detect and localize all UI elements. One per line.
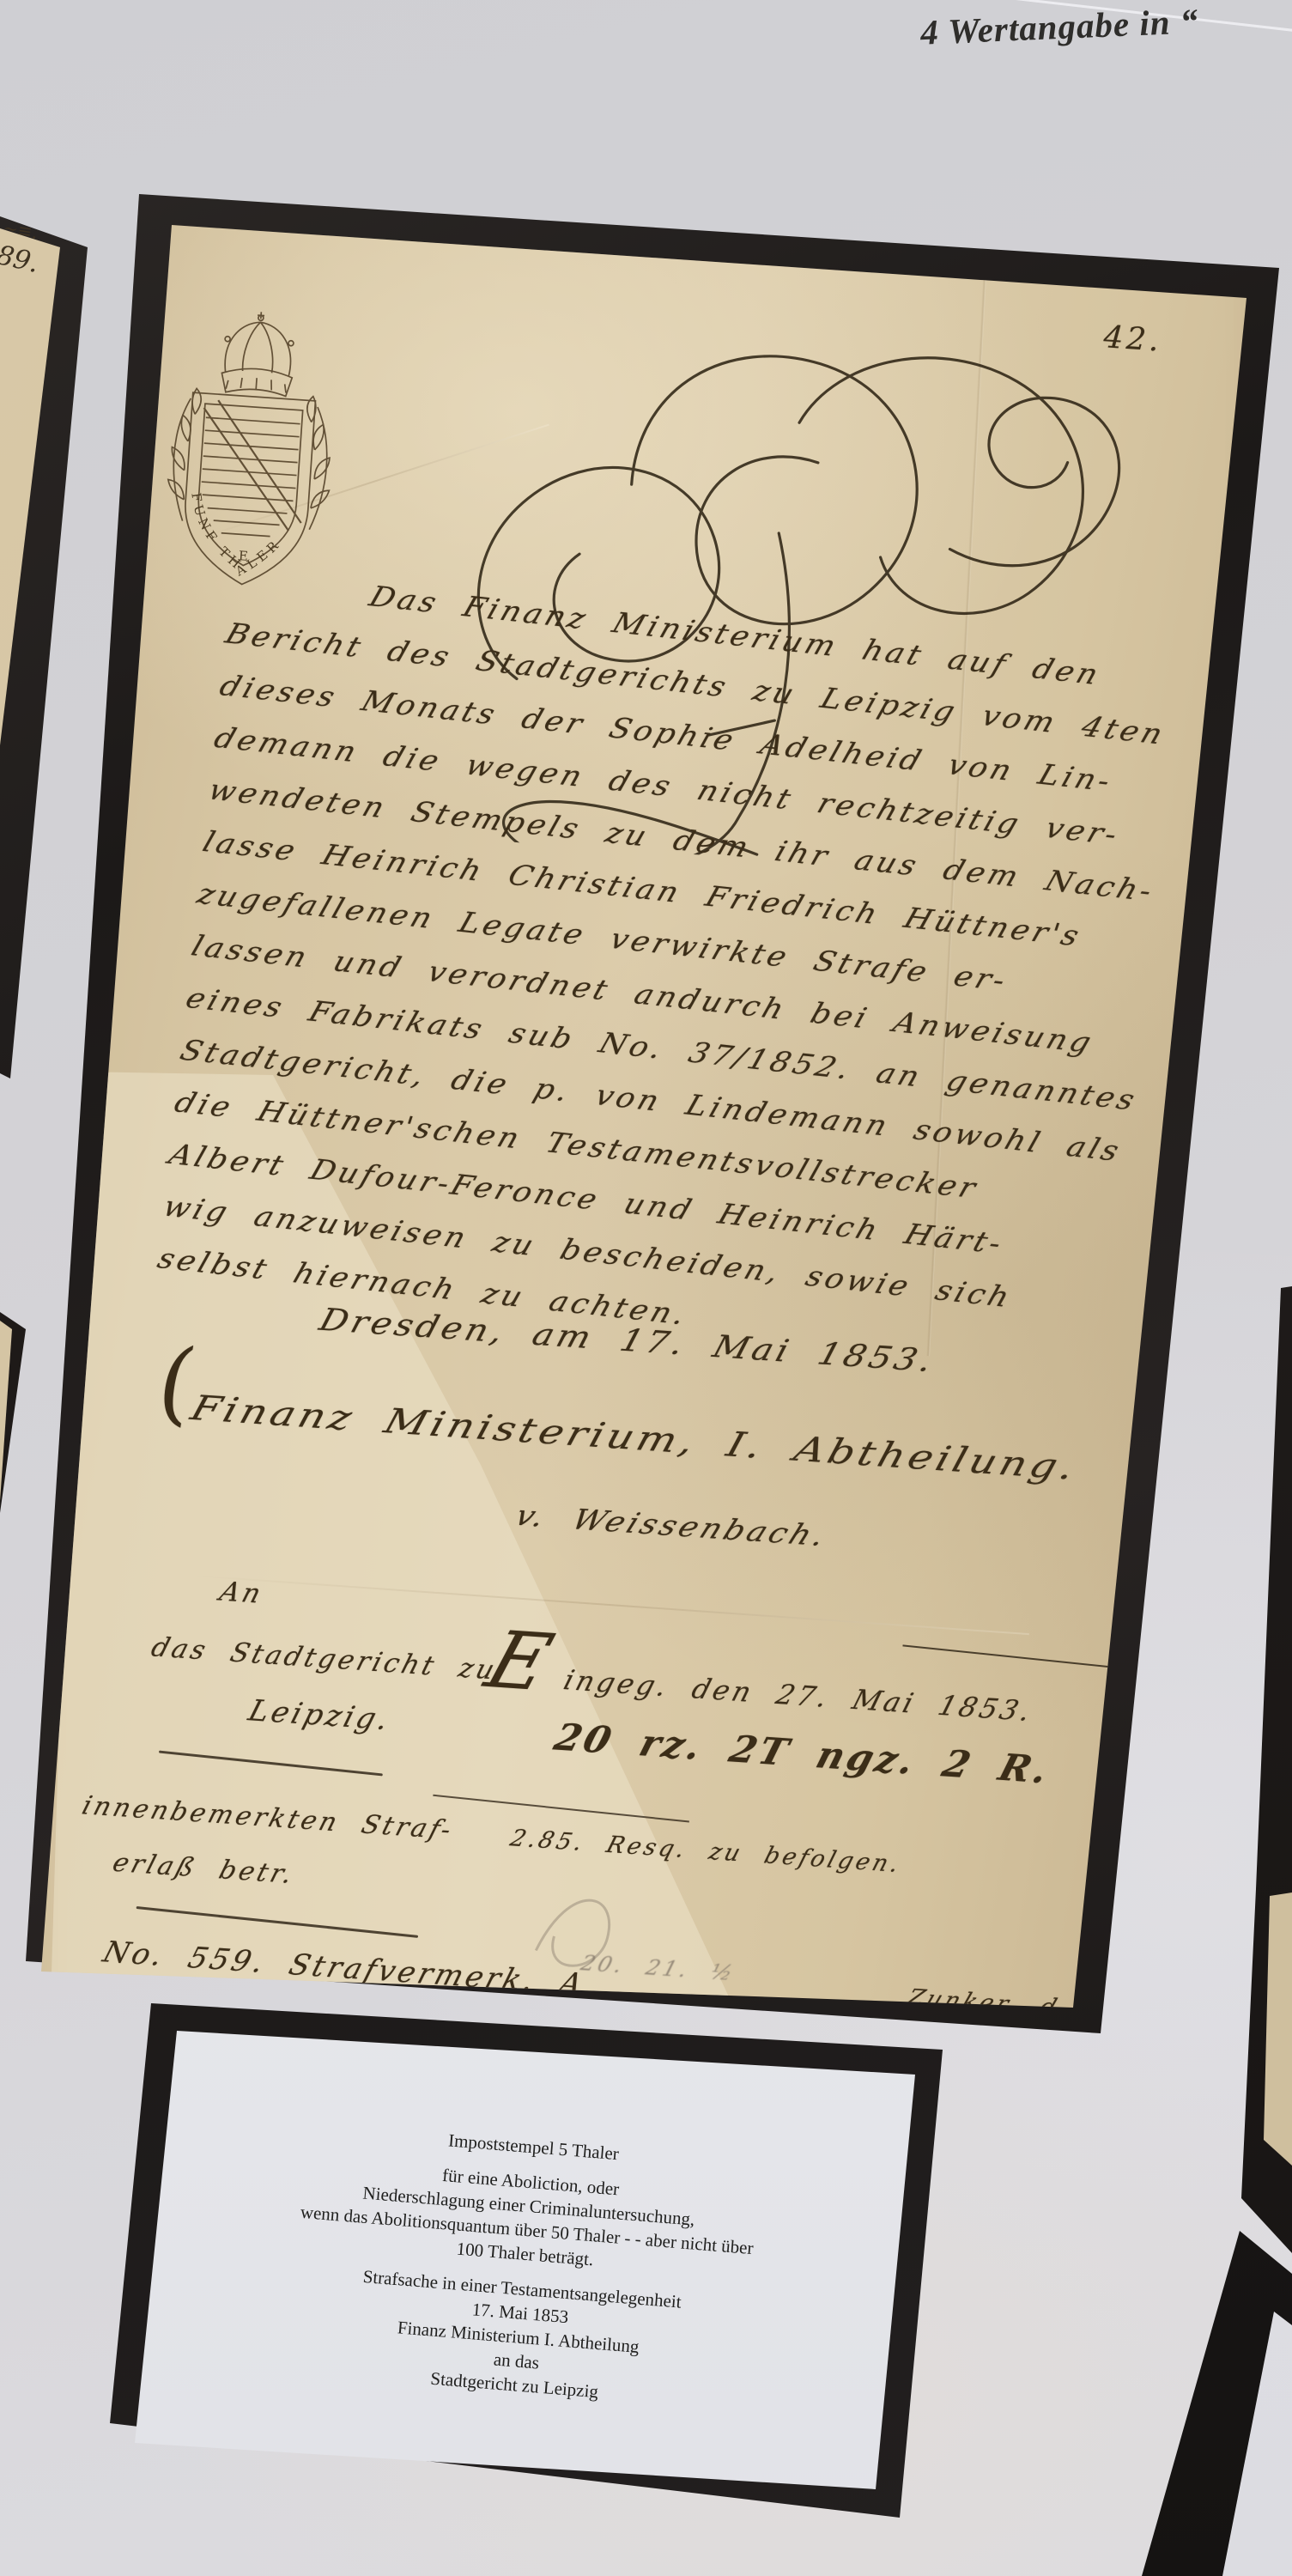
exhibit-photo: 4 Wertangabe in “ ~≡. 89. (0, 0, 1292, 2576)
address-line: das Stadtgericht zu (148, 1632, 500, 1686)
fees-underline (433, 1795, 689, 1823)
receipt-initial: E (476, 1614, 565, 1709)
subject-underline (136, 1906, 419, 1938)
caption-text: Impoststempel 5 Thaler für eine Abolicti… (166, 2064, 885, 2425)
subject-line: erlaß betr. (109, 1848, 299, 1890)
signature: v. Weissenbach. (511, 1498, 834, 1552)
receipt-line: ingeg. den 27. Mai 1853. (561, 1663, 1038, 1728)
ministry-line: Finanz Ministerium, I. Abtheilung. (186, 1388, 1083, 1488)
page-number: 42. (1102, 319, 1162, 359)
fees-line: 20 rz. 2T ngz. 2 R. (549, 1716, 1055, 1792)
address-underline (159, 1751, 383, 1777)
letter-body: Das Finanz Ministerium hat auf den Beric… (156, 555, 1225, 1391)
document-ink-layer: FUNF THALER E 42. Das Finanz Ministerium (49, 225, 1268, 2099)
address-line: An (216, 1577, 267, 1610)
address-line: Leipzig. (245, 1693, 396, 1737)
subject-line: innenbemerkten Straf- (79, 1791, 458, 1846)
receipt-overline (902, 1644, 1118, 1668)
